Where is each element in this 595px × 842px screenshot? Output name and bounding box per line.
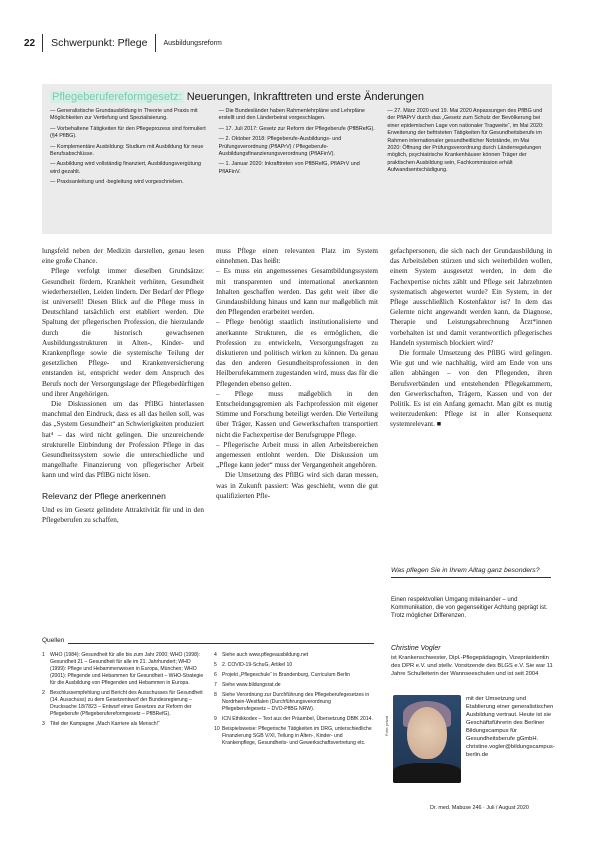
source-item: 4Siehe auch www.pflegeausbildung.net — [214, 652, 376, 659]
page-header: 22 Schwerpunkt: Pflege Ausbildungsreform — [24, 36, 222, 50]
info-box-title: Pflegeberufereformgesetz: Neuerungen, In… — [50, 90, 544, 105]
author-email[interactable]: christine.vogler@bildungscampus-berlin.d… — [466, 744, 555, 758]
paragraph: Und es im Gesetz gelindete Attraktivität… — [42, 505, 204, 525]
list-paragraph: – Pflege muss maßgeblich in den Entschei… — [216, 389, 378, 440]
author-photo — [393, 695, 461, 783]
list-paragraph: – Es muss ein angemessenes Gesamtbildung… — [216, 266, 378, 317]
info-col-3: — 27. März 2020 und 19. Mai 2020 Anpassu… — [387, 108, 544, 190]
info-item: — Komplementäre Ausbildung: Studium mit … — [50, 144, 207, 159]
list-paragraph: – Pflegerische Arbeit muss in allen Arbe… — [216, 440, 378, 471]
photo-credit: Foto: privat — [384, 716, 389, 736]
section-title: Schwerpunkt: Pflege — [43, 37, 155, 49]
paragraph: Die formale Umsetzung des PflBG wird gel… — [390, 348, 552, 430]
source-item: 6Projekt „Pflegeschule“ in Brandenburg, … — [214, 672, 376, 679]
title-rest: Neuerungen, Inkrafttreten und erste Ände… — [184, 91, 424, 103]
title-keyword: Pflegeberufereformgesetz: — [50, 91, 184, 103]
paragraph: muss Pflege einen relevanten Platz im Sy… — [216, 246, 378, 266]
paragraph: Pflege verfolgt immer dieselben Grundsät… — [42, 266, 204, 399]
author-bio-continued: mit der Umsetzung und Etablierung einer … — [466, 695, 556, 759]
interview-question: Was pflegen Sie in Ihrem Alltag ganz bes… — [391, 566, 551, 578]
page-footer: Dr. med. Mabuse 246 · Juli / August 2020 — [430, 805, 529, 811]
subsection-title: Ausbildungsreform — [156, 40, 221, 47]
info-col-1: — Generalistische Grundausbildung in The… — [50, 108, 207, 190]
info-item: — 2. Oktober 2018: Pflegeberufe-Ausbildu… — [219, 136, 376, 158]
source-item: 2Beschlussempfehlung und Bericht des Aus… — [42, 690, 204, 718]
source-item: 1WHO (1984): Gesundheit für alle bis zum… — [42, 652, 204, 687]
info-item: — 17. Juli 2017: Gesetz zur Reform der P… — [219, 126, 376, 133]
info-item: — 27. März 2020 und 19. Mai 2020 Anpassu… — [387, 108, 544, 175]
source-item: 3Titel der Kampagne „Mach Karriere als M… — [42, 721, 204, 728]
author-name: Christine Vogler — [391, 645, 441, 652]
paragraph: Die Umsetzung des PflBG wird sich daran … — [216, 470, 378, 501]
info-item: — Vorbehaltene Tätigkeiten für den Pfleg… — [50, 126, 207, 141]
divider — [42, 643, 374, 644]
source-item: 9ICN Ethikkodex – Text aus der Präambel,… — [214, 716, 376, 723]
body-col-3: gefachpersonen, die sich nach der Grunda… — [390, 246, 552, 525]
author-bio: ist Krankenschwester, Dipl.-Pflegepädago… — [391, 654, 553, 678]
info-item: — Die Bundesländer haben Rahmenlehrpläne… — [219, 108, 376, 123]
paragraph: Die Diskussionen um das PflBG hinterlass… — [42, 399, 204, 481]
source-item: 8Siehe Verordnung zur Durchführung des P… — [214, 692, 376, 713]
sources-title: Quellen — [42, 637, 68, 644]
source-item: 10Beispielsweise: Pflegerische Tätigkeit… — [214, 726, 376, 747]
info-item: — Praxisanleitung und -begleitung wird v… — [50, 179, 207, 186]
sources-col-2: 4Siehe auch www.pflegeausbildung.net 52.… — [214, 652, 376, 750]
source-item: 7Siehe www.bildungsrat.de — [214, 682, 376, 689]
subheading: Relevanz der Pflege anerkennen — [42, 491, 204, 501]
body-col-1: lungsfeld neben der Medizin darstellen, … — [42, 246, 204, 525]
info-item: — Generalistische Grundausbildung in The… — [50, 108, 207, 123]
body-col-2: muss Pflege einen relevanten Platz im Sy… — [216, 246, 378, 525]
sources-col-1: 1WHO (1984): Gesundheit für alle bis zum… — [42, 652, 204, 750]
paragraph: gefachpersonen, die sich nach der Grunda… — [390, 246, 552, 348]
sources-list: 1WHO (1984): Gesundheit für alle bis zum… — [42, 652, 377, 750]
info-item: — 1. Januar 2020: Inkrafttreten von PflB… — [219, 161, 376, 176]
info-item: — Ausbildung wird vollständig finanziert… — [50, 161, 207, 176]
article-body: lungsfeld neben der Medizin darstellen, … — [42, 246, 552, 525]
info-col-2: — Die Bundesländer haben Rahmenlehrpläne… — [219, 108, 376, 190]
paragraph: lungsfeld neben der Medizin darstellen, … — [42, 246, 204, 266]
list-paragraph: – Pflege benötigt staatlich institutiona… — [216, 317, 378, 388]
page-number: 22 — [24, 38, 42, 49]
source-item: 52. COVID-19-SchuG, Artikel 10 — [214, 662, 376, 669]
interview-answer: Einen respektvollen Umgang miteinander –… — [391, 596, 551, 620]
info-box: Pflegeberufereformgesetz: Neuerungen, In… — [42, 84, 552, 234]
